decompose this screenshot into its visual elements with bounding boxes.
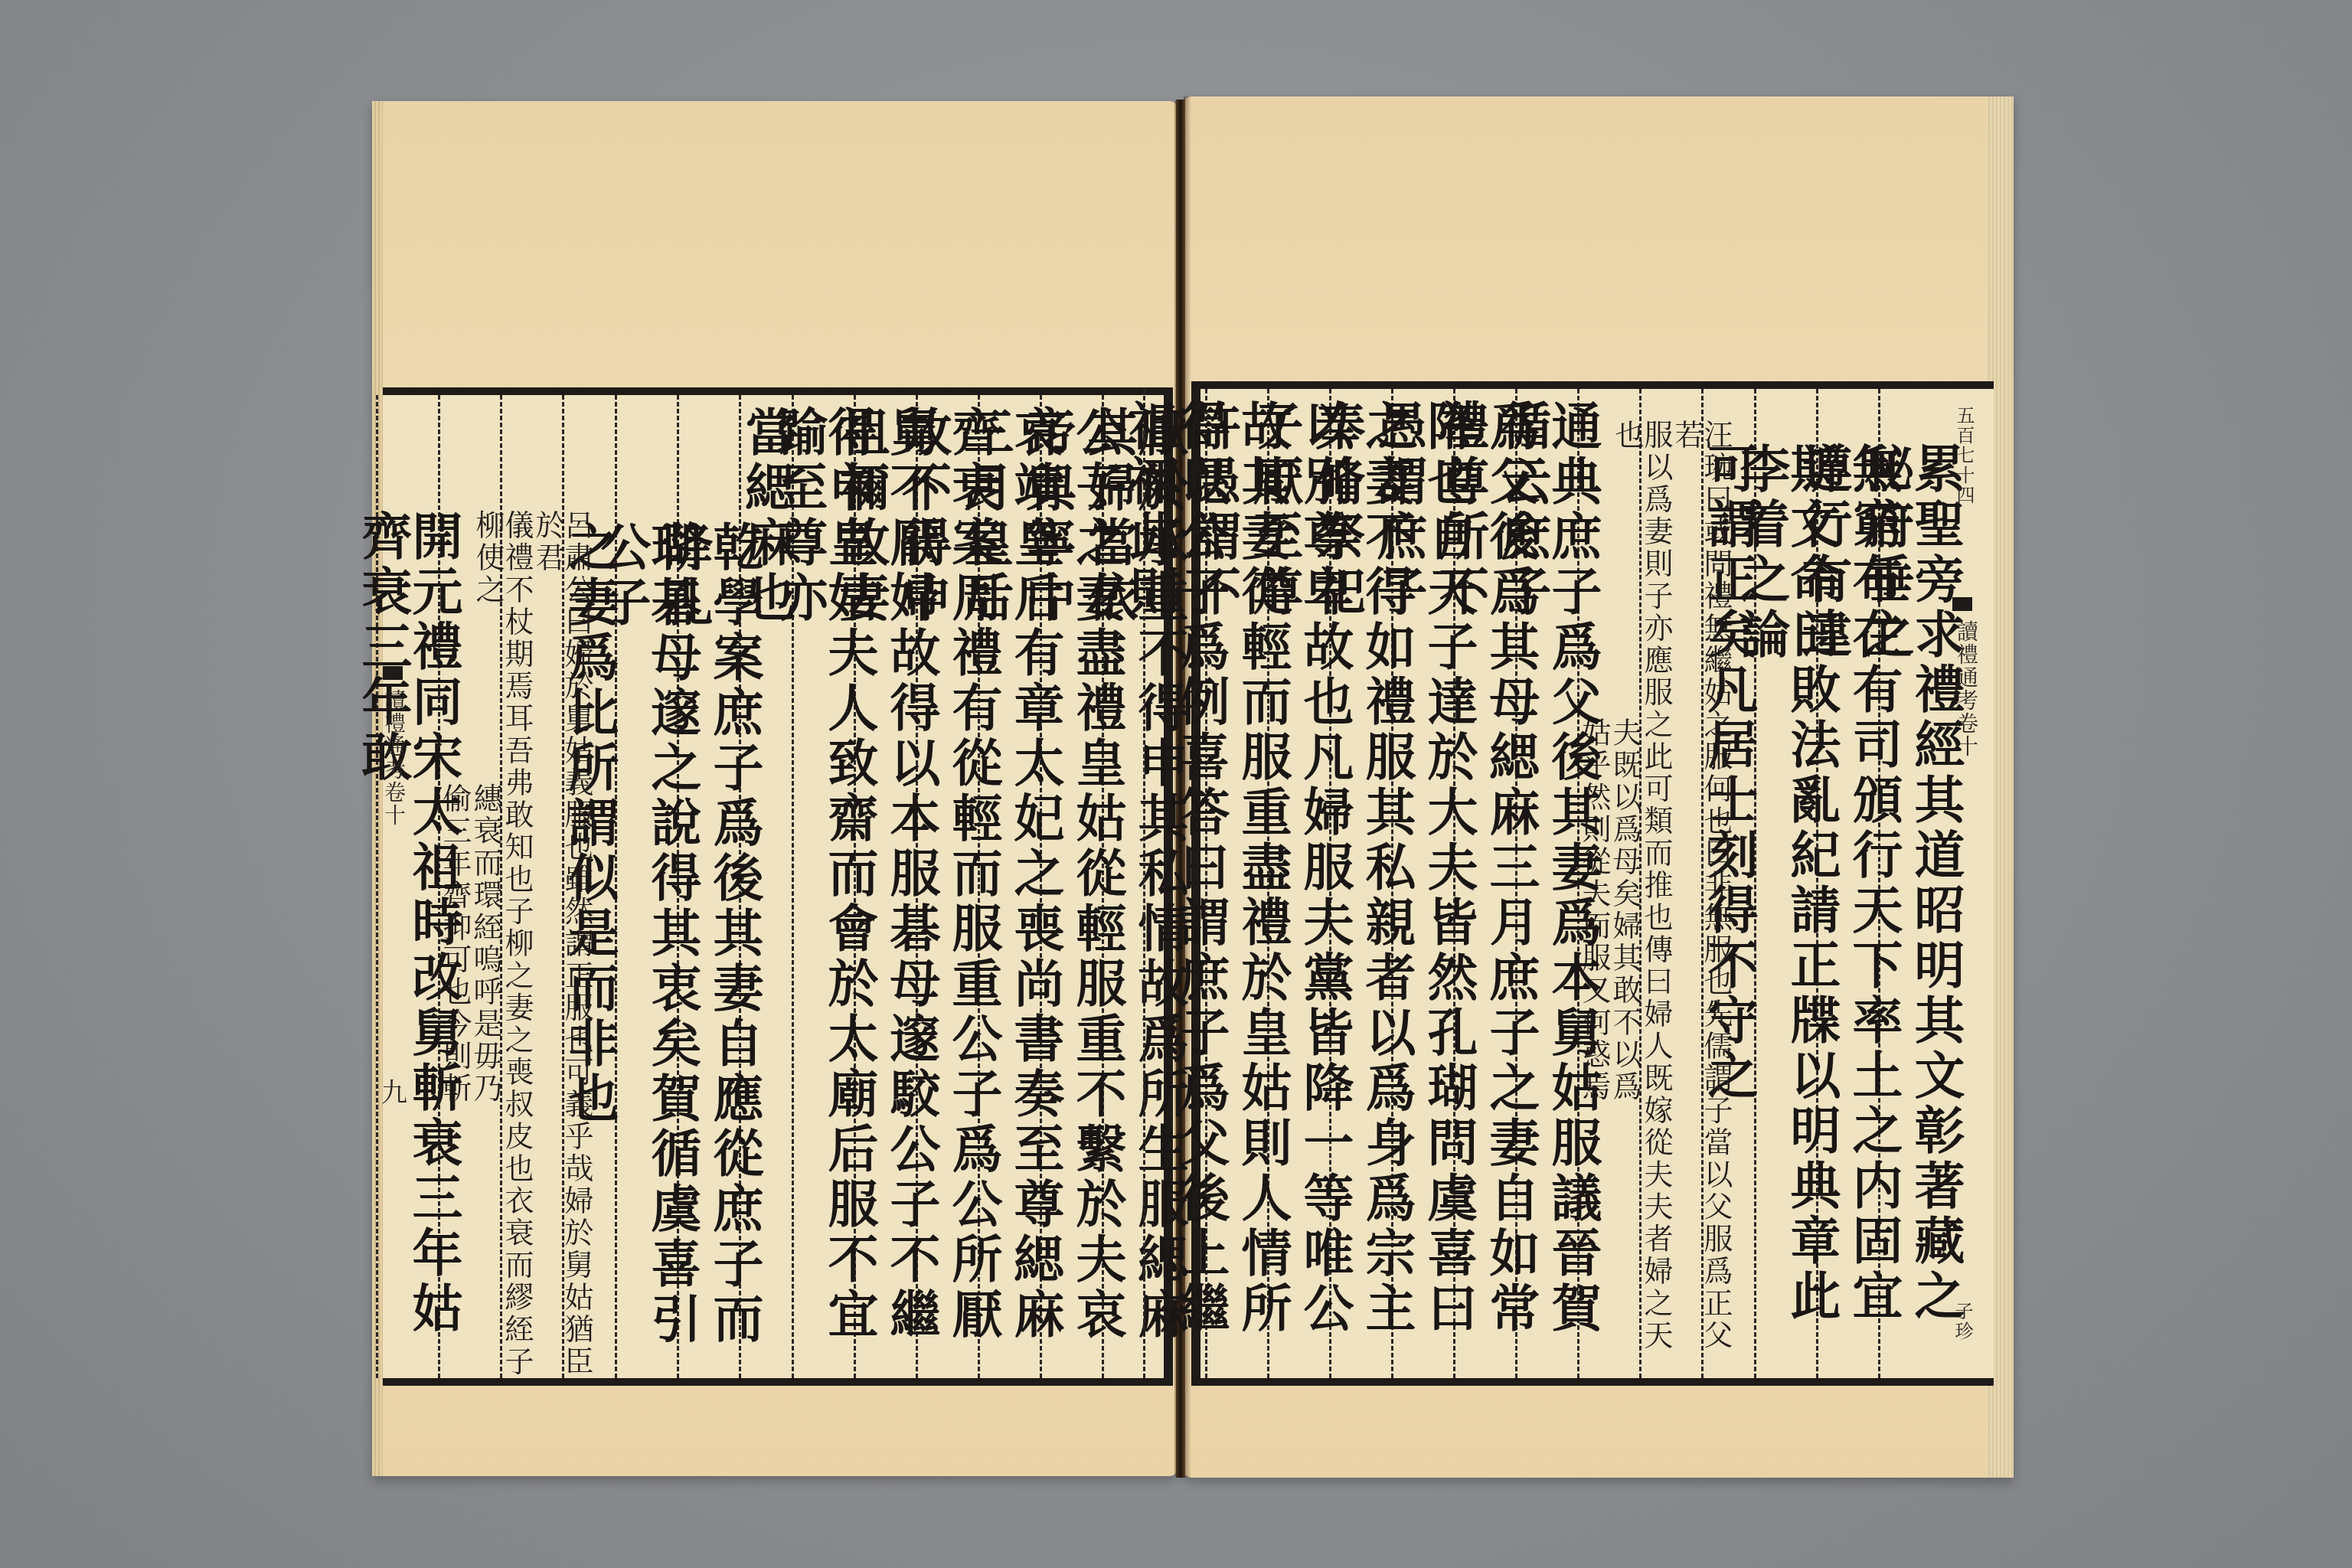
right-page-columns: 累聖旁求禮經其道昭明其文彰著藏之秘府垂之 無窮布在有司頒行天下率土之内固宜遵行有… [1200, 389, 1940, 1378]
text-column: 得申皇姑夫人致齋而會於太廟后服不宜踰至尊亦 [792, 395, 854, 1378]
book-title-margin: 讀禮通考卷十 [1951, 620, 1981, 758]
annotation-line: 繐衰而環絰嗚呼是毋乃 [471, 783, 500, 1105]
book-title-margin: 讀禮通考卷十 [378, 689, 409, 827]
column-text: 得以公子爲例喜答曰謂庶子爲父後上繼祖禰此則 [1125, 400, 1226, 1378]
text-column: 斯文命曰敗法亂紀請正牒以明典章此李着之論 [1754, 389, 1816, 1378]
annotation-line: 夫既以爲母矣婦其敢不以爲 [1610, 717, 1639, 1103]
carver-mark: 子珍 [1949, 1302, 1976, 1341]
right-page-text-frame: 累聖旁求禮經其道昭明其文彰著藏之秘府垂之 無窮布在有司頒行天下率土之内固宜遵行有… [1191, 381, 1994, 1386]
annotation-column: 呂肅公曰婦於舅姑義服也雖然謂正服也可義乎哉婦於舅姑猶臣於君 儀禮不杖期焉耳吾弗敢… [500, 395, 562, 1378]
left-page-columns: 厭於承重不得申其私情故爲所生服緦麻其婦當依 公子之妻盡禮皇姑從輕服重不繫於夫哀帝… [413, 395, 1164, 1378]
annotation-line: 汪琬曰或問禮無繼姑之服何也曰非無服也先儒謂子當以父服爲正父若 [1672, 420, 1730, 1378]
text-column-indented: 瑚碁母邃之說得其衷矣賀循虞喜引公子 [615, 395, 677, 1378]
leaf-number: 九 [381, 1072, 407, 1109]
character-count: 五百七十四 [1951, 406, 1978, 505]
annotation-line: 呂肅公曰婦於舅姑義服也雖然謂正服也可義乎哉婦於舅姑猶臣於君 [533, 510, 591, 1378]
text-column: 得以公子爲例喜答曰謂庶子爲父後上繼祖禰此則 [1143, 389, 1205, 1378]
fishtail-mark [383, 666, 403, 680]
left-page-text-frame: 厭於承重不得申其私情故爲所生服緦麻其婦當依 公子之妻盡禮皇姑從輕服重不繫於夫哀帝… [383, 387, 1173, 1386]
annotation-column: 汪琬曰或問禮無繼姑之服何也曰非無服也先儒謂子當以父服爲正父若 服以爲妻則子亦應服… [1639, 389, 1701, 1378]
text-column: 開元禮同宋太祖時改舅斬衰三年姑齊衰三年敢 [376, 395, 438, 1378]
column-text: 開元禮同宋太祖時改舅斬衰三年姑齊衰三年敢 [358, 510, 459, 1378]
fishtail-mark [1952, 597, 1972, 611]
